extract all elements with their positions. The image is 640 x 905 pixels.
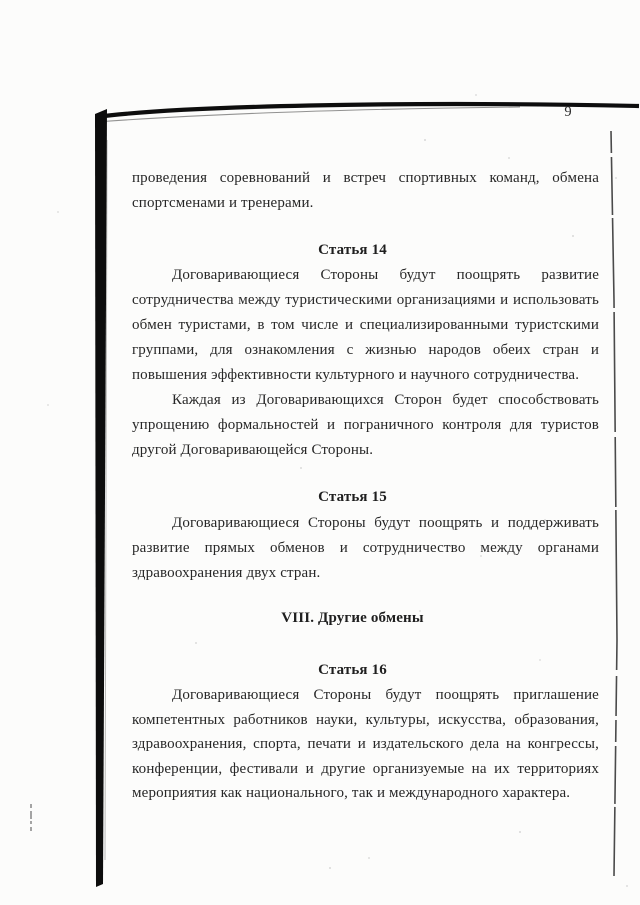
text-line: компетентных работников науки, культуры,… (132, 708, 599, 733)
article-14-paragraph-2: Каждая из Договаривающихся Сторон будет … (132, 388, 599, 463)
text-line: повышения эффективности культурного и на… (132, 363, 599, 388)
left-binding-bar (95, 109, 107, 887)
text-line: здравоохранения, спорта, печати и издате… (132, 732, 599, 757)
article-15-heading: Статья 15 (132, 485, 599, 510)
left-bar-fringe (105, 140, 107, 860)
text-line: Каждая из Договаривающихся Сторон будет … (132, 388, 599, 413)
paragraph-continuation: проведения соревнований и встреч спортив… (132, 166, 599, 216)
page-number: 9 (556, 104, 580, 121)
text-line: проведения соревнований и встреч спортив… (132, 166, 599, 191)
text-line: Договаривающиеся Стороны будут поощрять … (132, 263, 599, 288)
section-viii-heading: VIII. Другие обмены (132, 606, 599, 631)
article-15-paragraph-1: Договаривающиеся Стороны будут поощрять … (132, 511, 599, 586)
article-14-paragraph-1: Договаривающиеся Стороны будут поощрять … (132, 263, 599, 388)
text-line: Договаривающиеся Стороны будут поощрять … (132, 683, 599, 708)
text-line: обмен туристами, в том числе и специализ… (132, 313, 599, 338)
text-line: упрощению формальностей и пограничного к… (132, 413, 599, 438)
article-16-heading: Статья 16 (132, 658, 599, 683)
text-line: конференции, фестивали и другие организу… (132, 757, 599, 782)
document-text-column: проведения соревнований и встреч спортив… (132, 166, 599, 806)
scanned-document-page: 9 проведения соревнований и встреч спорт… (0, 0, 640, 905)
article-16-paragraph-1: Договаривающиеся Стороны будут поощрять … (132, 683, 599, 806)
text-line: сотрудничества между туристическими орга… (132, 288, 599, 313)
right-edge-line (611, 131, 617, 876)
text-line: развитие прямых обменов и сотрудничество… (132, 536, 599, 561)
text-line: Договаривающиеся Стороны будут поощрять … (132, 511, 599, 536)
text-line: здравоохранения двух стран. (132, 561, 599, 586)
text-line: другой Договаривающейся Стороны. (132, 438, 599, 463)
text-line: группами, для ознакомления с жизнью наро… (132, 338, 599, 363)
article-14-heading: Статья 14 (132, 238, 599, 263)
text-line: спортсменами и тренерами. (132, 191, 599, 216)
text-line: мероприятия как национального, так и меж… (132, 781, 599, 806)
top-border-echo-line (96, 107, 520, 122)
